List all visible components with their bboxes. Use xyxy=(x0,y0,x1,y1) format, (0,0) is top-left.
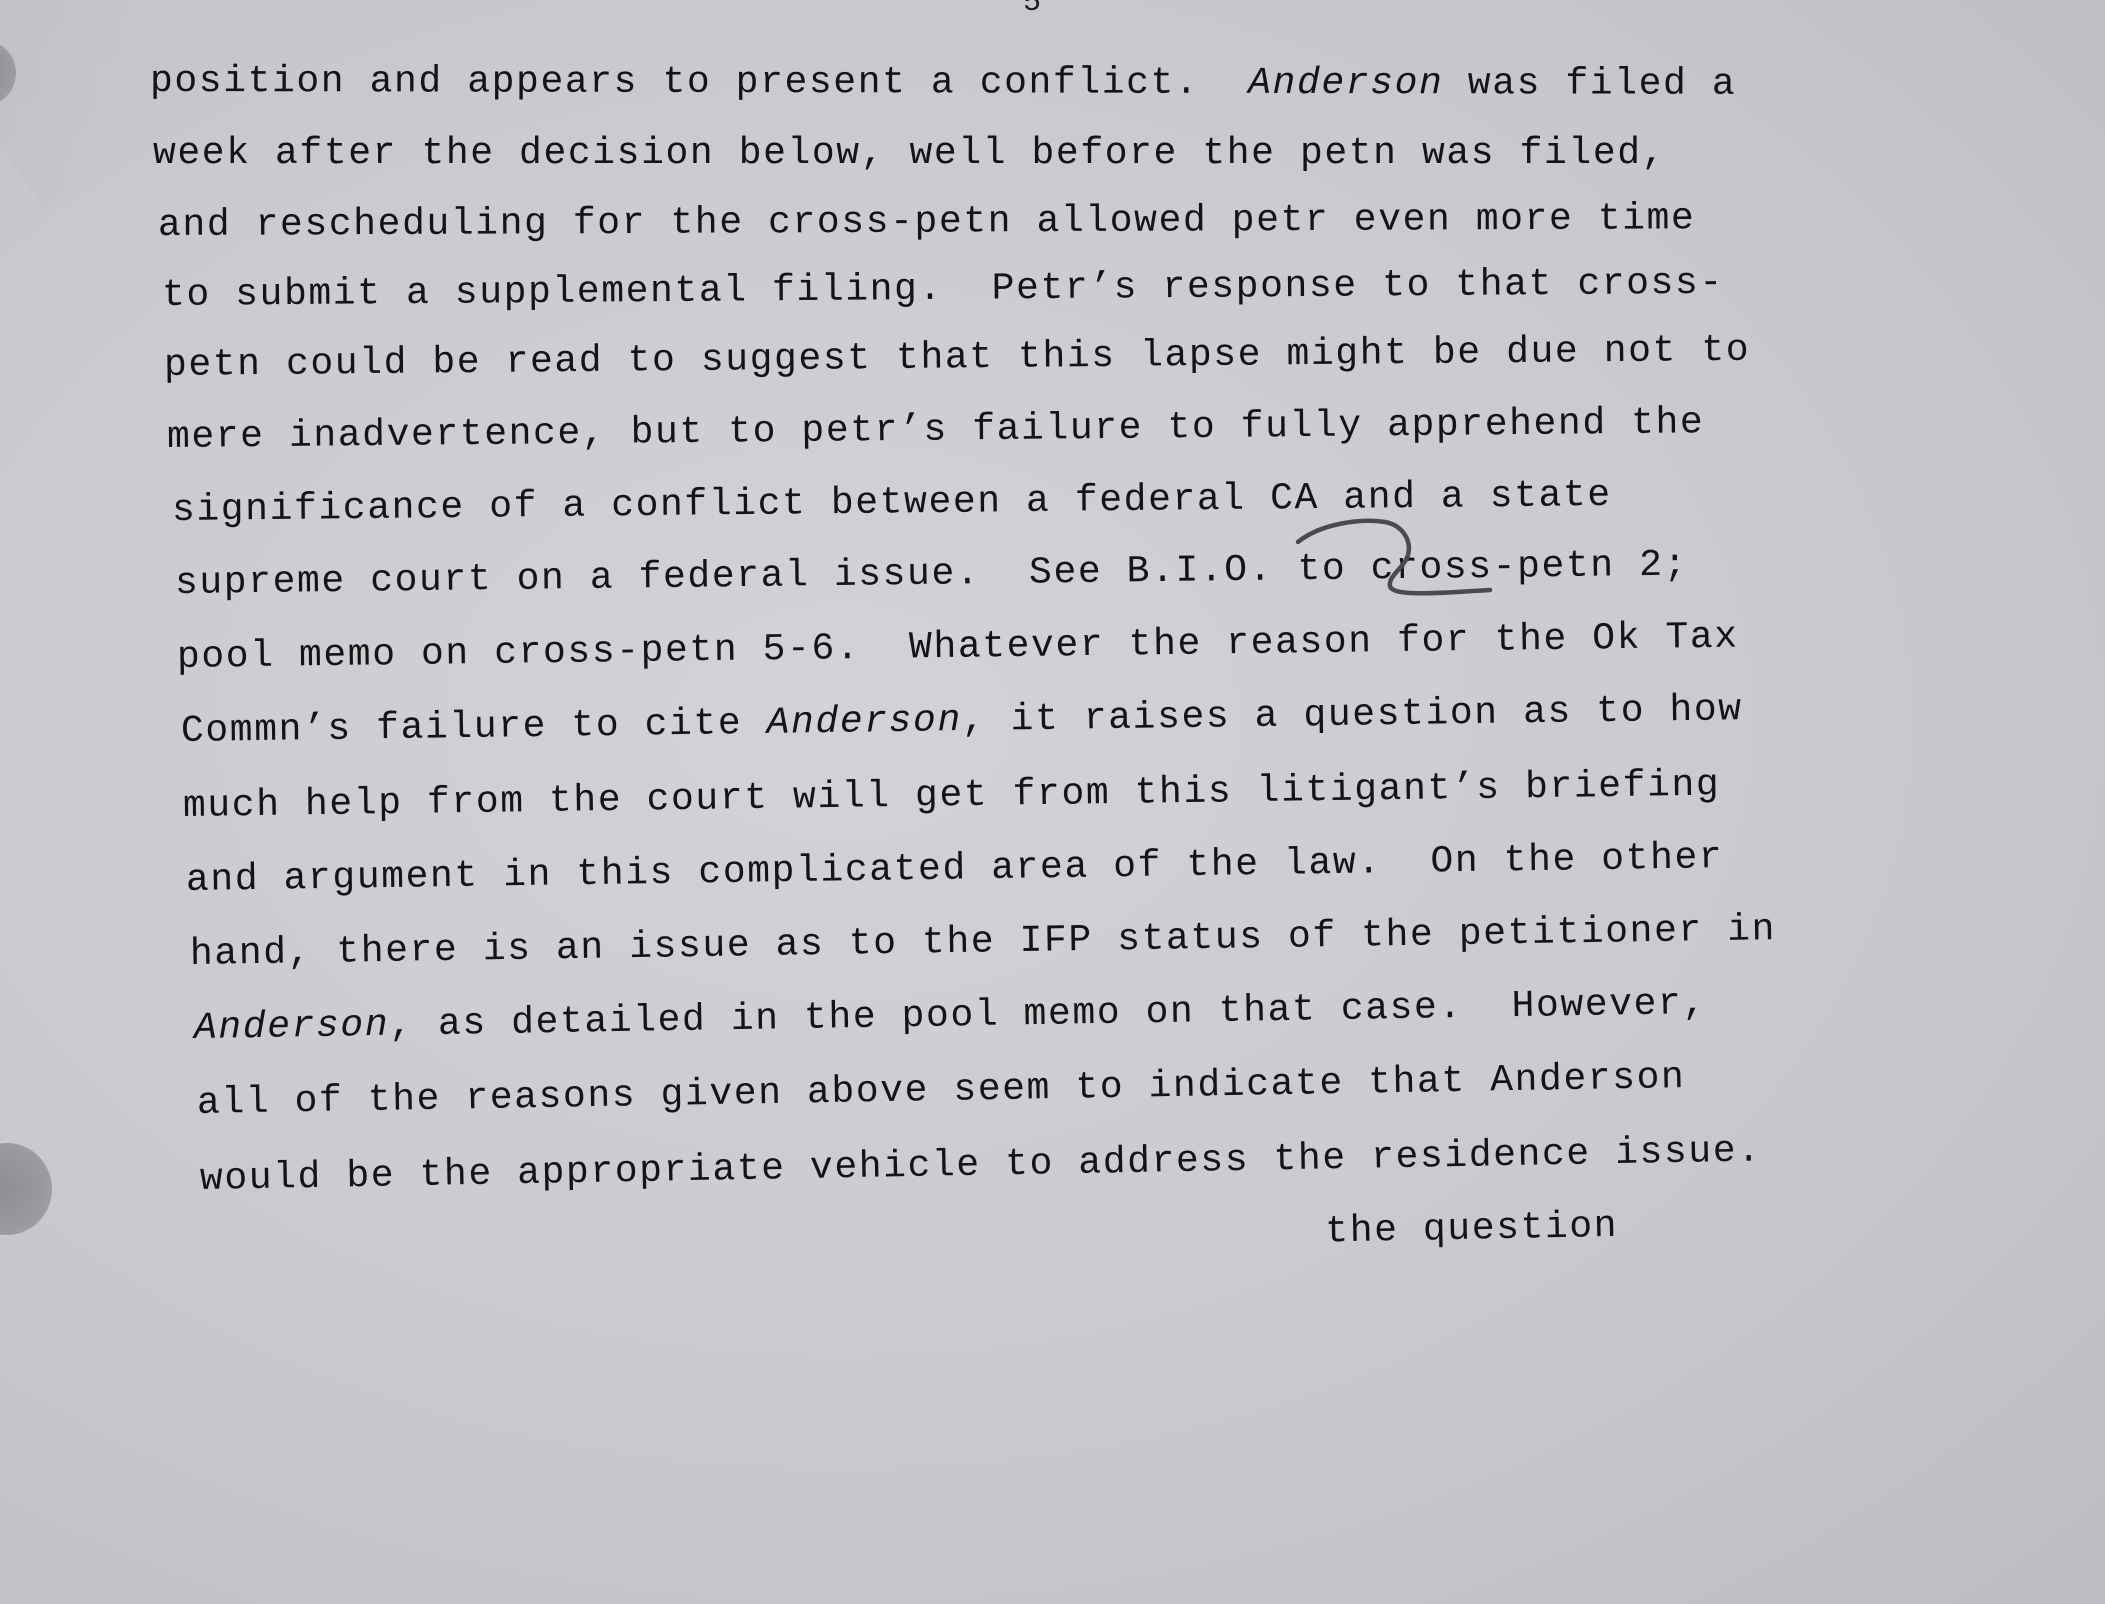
text-line: all of the reasons given above seem to i… xyxy=(197,1056,1686,1125)
text-line: much help from the court will get from t… xyxy=(183,764,1721,828)
text-fragment: was filed a xyxy=(1443,62,1736,106)
text-line: week after the decision below, well befo… xyxy=(153,132,1666,175)
text-line: to submit a supplemental filing. Petr’s … xyxy=(162,262,1724,317)
text-line: and rescheduling for the cross-petn allo… xyxy=(158,197,1696,247)
document-page: 5 position and appears to present a conf… xyxy=(0,0,2105,1604)
text-line: the question xyxy=(203,1205,1619,1275)
text-fragment: pool memo on cross-petn 5-6. Whatever th… xyxy=(177,616,1739,679)
text-fragment: week after the decision below, well befo… xyxy=(153,132,1666,175)
memo-body-text: position and appears to present a confli… xyxy=(0,0,2105,1604)
text-line: petn could be read to suggest that this … xyxy=(164,329,1751,387)
text-fragment: mere inadvertence, but to petr’s failure… xyxy=(167,401,1705,459)
text-line: supreme court on a federal issue. See B.… xyxy=(175,544,1688,605)
text-fragment: petn could be read to suggest that this … xyxy=(164,329,1751,387)
text-fragment: would be the appropriate vehicle to addr… xyxy=(200,1129,1762,1201)
text-fragment: all of the reasons given above seem to i… xyxy=(197,1056,1686,1125)
text-line: pool memo on cross-petn 5-6. Whatever th… xyxy=(177,616,1739,679)
text-fragment: , it raises a question as to how xyxy=(962,688,1743,742)
text-fragment: and argument in this complicated area of… xyxy=(186,836,1724,902)
text-fragment: hand, there is an issue as to the IFP st… xyxy=(190,908,1777,976)
text-fragment: to submit a supplemental filing. Petr’s … xyxy=(162,262,1724,317)
case-name-italic: Anderson xyxy=(194,1004,390,1050)
text-fragment: position and appears to present a confli… xyxy=(150,60,1248,105)
text-fragment: the question xyxy=(203,1205,1619,1275)
text-line: hand, there is an issue as to the IFP st… xyxy=(190,908,1777,976)
text-line: position and appears to present a confli… xyxy=(150,60,1736,106)
case-name-italic: Anderson xyxy=(766,699,962,745)
text-fragment: and rescheduling for the cross-petn allo… xyxy=(158,197,1696,247)
text-fragment: Commn’s failure to cite xyxy=(181,702,767,753)
text-line: mere inadvertence, but to petr’s failure… xyxy=(167,401,1705,459)
text-line: significance of a conflict between a fed… xyxy=(172,474,1612,532)
text-line: Commn’s failure to cite Anderson, it rai… xyxy=(181,688,1743,753)
text-line: would be the appropriate vehicle to addr… xyxy=(200,1129,1762,1201)
case-name-italic: Anderson xyxy=(1248,62,1443,105)
text-fragment: much help from the court will get from t… xyxy=(183,764,1721,828)
text-fragment: significance of a conflict between a fed… xyxy=(172,474,1612,532)
text-line: and argument in this complicated area of… xyxy=(186,836,1724,902)
text-line: Anderson, as detailed in the pool memo o… xyxy=(194,982,1708,1050)
text-fragment: supreme court on a federal issue. See B.… xyxy=(175,544,1688,605)
text-fragment: , as detailed in the pool memo on that c… xyxy=(389,982,1707,1047)
